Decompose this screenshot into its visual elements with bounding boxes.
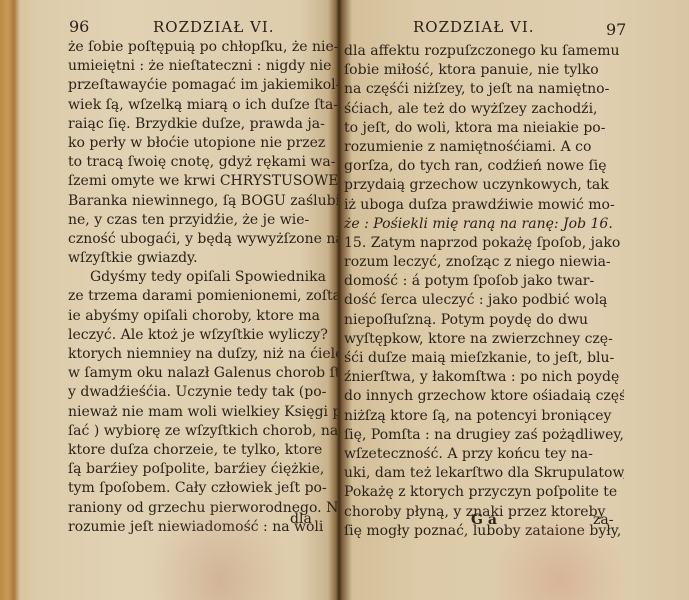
text-line: ſię, Pomſta : na drugiey zaś pożądliwey,	[344, 426, 624, 445]
text-line: wſzyſtkie gwiazdy.	[68, 249, 338, 268]
text-line: ſą barźiey poſpolite, barźiey ćiężkie,	[68, 460, 338, 479]
text-line: tym ſpoſobem. Cały człowiek jeſt po-	[68, 479, 338, 498]
text-line: rozumienie z namiętnośćiami. A co	[344, 138, 624, 157]
text-line: śći duſze maią mieſzkanie, to jeſt, blu-	[344, 349, 624, 368]
text-line: w ſamym oku nalazł Galenus chorob ſto	[68, 364, 338, 383]
text-line: ſobie miłość, ktora panuie, nie tylko	[344, 61, 624, 80]
text-line: 15. Zatym naprzod pokażę ſpoſob, jako	[344, 234, 624, 253]
text-line: raiąc ſię. Brzydkie duſze, prawda ja-	[68, 115, 338, 134]
text-line: niżſzą ktore ſą, na potencyi broniącey	[344, 407, 624, 426]
text-line: Pokażę z ktorych przyczyn poſpolite te	[344, 483, 624, 502]
running-header: ROZDZIAŁ VI.	[153, 18, 275, 36]
left-page: 96 ROZDZIAŁ VI. że ſobie poſtępuią po ch…	[0, 0, 338, 600]
text-line: śćiach, ale też do wyżſzey zachodźi,	[344, 100, 624, 119]
text-line: ko perły w błoćie utopione nie przez	[68, 134, 338, 153]
paragraph-start-line: Gdyśmy tedy opiſali Spowiednika	[68, 268, 338, 287]
text-line: na częśći niżſzey, to jeſt na namiętno-	[344, 80, 624, 99]
text-line: ktore duſza chorzeie, te tylko, ktore	[68, 441, 338, 460]
text-line: ne, y czas ten przyidźie, że je wie-	[68, 211, 338, 230]
text-line: wſzeteczność. A przy końcu tey na-	[344, 445, 624, 464]
text-line: umieiętni : że nieſtateczni : nigdy nie	[68, 57, 338, 76]
text-line: ie abyśmy opiſali choroby, ktore ma	[68, 307, 338, 326]
text-line: dość ſerca uleczyć : jako podbić wolą	[344, 291, 624, 310]
text-line: czność ubogaći, y będą wywyżſzone nad	[68, 230, 338, 249]
text-line: do innych grzechow ktore ośiadaią część	[344, 387, 624, 406]
text-line: wiek ſą, wſzelką miarą o ich duſze ſta-	[68, 96, 338, 115]
text-line: leczyć. Ale ktoż je wſzyſtkie wyliczy?	[68, 326, 338, 345]
text-line: nieważ nie mam woli wielkiey Księgi pi-	[68, 403, 338, 422]
page-number: 97	[606, 20, 626, 39]
scripture-quote-line: że : Pośiekli mię raną na ranę: Job 16.	[344, 215, 624, 234]
right-page: ROZDZIAŁ VI. 97 dla affektu rozpuſzczone…	[341, 0, 689, 600]
signature-mark: G a	[471, 512, 497, 528]
text-line: wyſtępkow, ktore na zwierzchney czę-	[344, 330, 624, 349]
text-line: przeſtawayćie pomagać im jakiemikol-	[68, 76, 338, 95]
catchword: dla	[290, 511, 312, 527]
text-line: źnierſtwa, y łakomſtwa : po nich poydę	[344, 368, 624, 387]
page-body: dla affektu rozpuſzczonego ku ſamemu ſob…	[344, 42, 624, 541]
text-line: gorſza, do tych ran, codźień nowe ſię	[344, 157, 624, 176]
page-body: że ſobie poſtępuią po chłopſku, że nie- …	[68, 38, 338, 537]
text-line: przydaią grzechow uczynkowych, tak	[344, 176, 624, 195]
book-spread: 96 ROZDZIAŁ VI. że ſobie poſtępuią po ch…	[0, 0, 689, 600]
text-line: y dwadźieśćia. Uczynie tedy tak (po-	[68, 383, 338, 402]
text-line: ze trzema darami pomienionemi, zoſta-	[68, 287, 338, 306]
text-line: rozum leczyć, znoſząc z niego niewia-	[344, 253, 624, 272]
text-line: iż uboga duſza prawdźiwie mowić mo-	[344, 196, 624, 215]
text-line: to jeſt, do woli, ktora ma nieiakie po-	[344, 119, 624, 138]
text-line: ktorych niemniey na duſzy, niż na ćiele,	[68, 345, 338, 364]
catchword: za-	[593, 512, 613, 528]
text-line: Baranka niewinnego, ſą BOGU zaślubio-	[68, 192, 338, 211]
text-line: niepoſłuſzną. Potym poydę do dwu	[344, 311, 624, 330]
text-line: to tracą ſwoię cnotę, gdyż rękami wa-	[68, 153, 338, 172]
text-line: uki, dam też lekarſtwo dla Skrupulatow,	[344, 464, 624, 483]
text-line: dla affektu rozpuſzczonego ku ſamemu	[344, 42, 624, 61]
running-header: ROZDZIAŁ VI.	[413, 18, 535, 36]
text-line: domość : á potym ſpoſob jako twar-	[344, 272, 624, 291]
text-line: że ſobie poſtępuią po chłopſku, że nie-	[68, 38, 338, 57]
page-number: 96	[69, 17, 89, 36]
text-line: ſać ) wybiorę ze wſzyſtkich chorob, na	[68, 422, 338, 441]
text-line: ſzemi omyte we krwi CHRYSTUSOWEY,	[68, 172, 338, 191]
